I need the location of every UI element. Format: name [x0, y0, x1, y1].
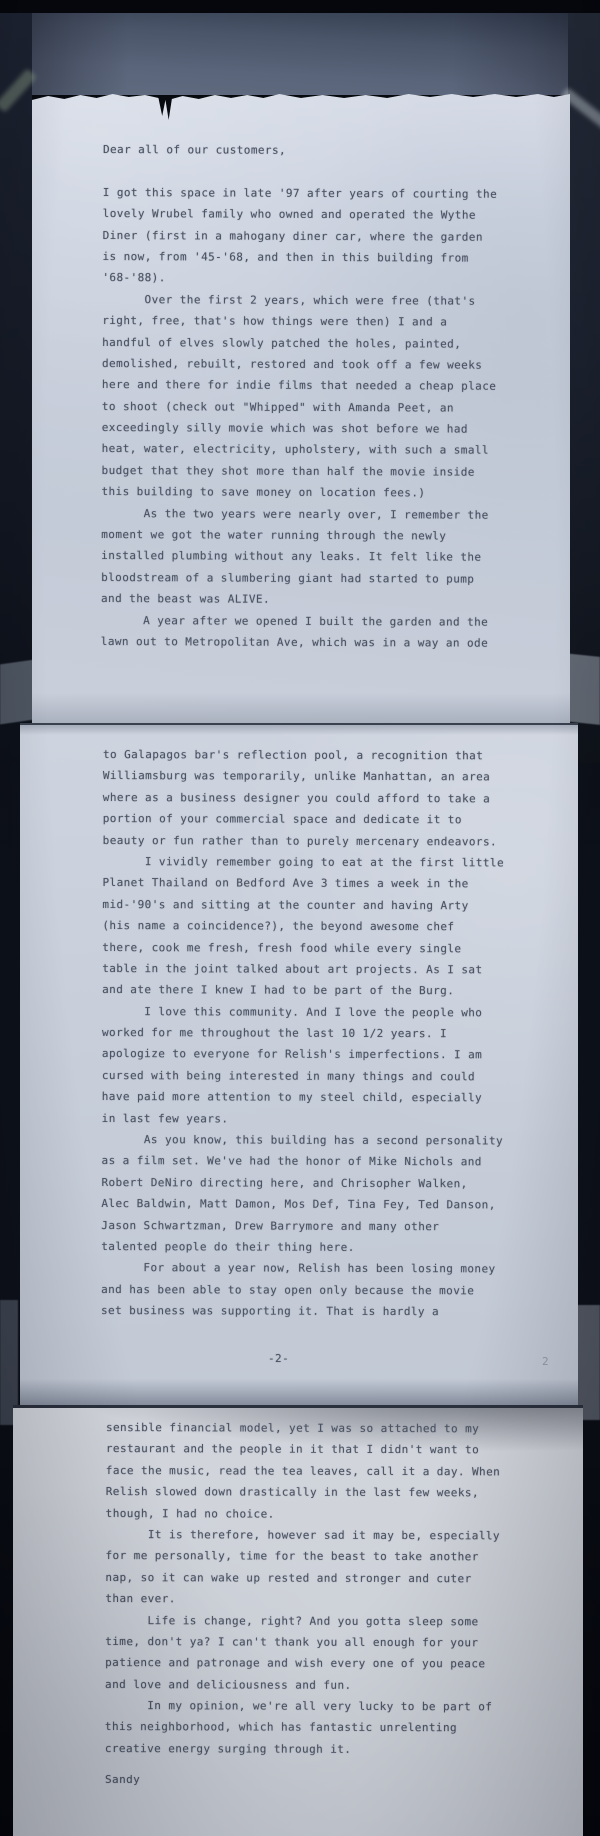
- letter-line: Diner (first in a mahogany diner car, wh…: [103, 225, 497, 248]
- letter-line: mid-'90's and sitting at the counter and…: [102, 894, 504, 917]
- letter-line: time, don't ya? I can't thank you all en…: [105, 1631, 499, 1654]
- letter-line: though, I had no choice.: [106, 1503, 500, 1526]
- letter-line: '68-'88).: [102, 267, 496, 290]
- letter-line: and ate there I knew I had to be part of…: [102, 979, 504, 1002]
- letter-line: demolished, rebuilt, restored and took o…: [102, 353, 496, 376]
- letter-line: I love this community. And I love the pe…: [102, 1001, 504, 1024]
- letter-line: set business was supporting it. That is …: [101, 1300, 503, 1323]
- letter-line: here and there for indie films that need…: [102, 374, 496, 397]
- glass-shadow-band: [31, 13, 571, 95]
- letter-line: Alec Baldwin, Matt Damon, Mos Def, Tina …: [101, 1193, 503, 1216]
- letter-line: For about a year now, Relish has been lo…: [101, 1257, 503, 1280]
- page-3-text: sensible financial model, yet I was so a…: [105, 1417, 501, 1761]
- letter-line: heat, water, electricity, upholstery, wi…: [102, 438, 496, 461]
- window-frame-right: [568, 13, 600, 763]
- letter-line: budget that they shot more than half the…: [102, 460, 496, 483]
- window-frame-left: [0, 13, 32, 763]
- letter-line: patience and patronage and wish every on…: [105, 1652, 499, 1675]
- letter-line: worked for me throughout the last 10 1/2…: [102, 1022, 504, 1045]
- letter-line: and the beast was ALIVE.: [101, 588, 495, 611]
- letter-line: have paid more attention to my steel chi…: [102, 1086, 504, 1109]
- signature: Sandy: [105, 1773, 140, 1786]
- letter-line: Williamsburg was temporarily, unlike Man…: [103, 765, 505, 788]
- letter-line: A year after we opened I built the garde…: [101, 610, 495, 633]
- page-1-text: Dear all of our customers, I got this sp…: [101, 139, 498, 654]
- letter-line: Dear all of our customers,: [103, 139, 497, 162]
- letter-line: creative energy surging through it.: [105, 1738, 499, 1761]
- letter-line: bloodstream of a slumbering giant had st…: [101, 567, 495, 590]
- letter-line: restaurant and the people in it that I d…: [106, 1438, 500, 1461]
- letter-line: to shoot (check out "Whipped" with Amand…: [102, 396, 496, 419]
- letter-line: beauty or fun rather than to purely merc…: [103, 830, 505, 853]
- letter-line: than ever.: [105, 1588, 499, 1611]
- letter-line: lawn out to Metropolitan Ave, which was …: [101, 631, 495, 654]
- letter-line: Over the first 2 years, which were free …: [102, 289, 496, 312]
- page-number: -2-: [268, 1352, 289, 1365]
- letter-line: Relish slowed down drastically in the la…: [106, 1481, 500, 1504]
- letter-line: where as a business designer you could a…: [103, 787, 505, 810]
- letter-line: moment we got the water running through …: [101, 524, 495, 547]
- letter-line: talented people do their thing here.: [101, 1236, 503, 1259]
- letter-line: As you know, this building has a second …: [102, 1129, 504, 1152]
- window-frame-top: [0, 0, 600, 14]
- letter-line: for me personally, time for the beast to…: [105, 1545, 499, 1568]
- letter-line: portion of your commercial space and ded…: [103, 808, 505, 831]
- letter-line: table in the joint talked about art proj…: [102, 958, 504, 981]
- letter-line: right, free, that's how things were then…: [102, 310, 496, 333]
- ghost-page-number: 2: [542, 1355, 549, 1368]
- letter-line: to Galapagos bar's reflection pool, a re…: [103, 744, 505, 767]
- letter-line: handful of elves slowly patched the hole…: [102, 332, 496, 355]
- letter-line: as a film set. We've had the honor of Mi…: [102, 1150, 504, 1173]
- letter-line: this neighborhood, which has fantastic u…: [105, 1716, 499, 1739]
- letter-line: apologize to everyone for Relish's imper…: [102, 1043, 504, 1066]
- storefront-window-letter-photo: Dear all of our customers, I got this sp…: [0, 0, 600, 1836]
- letter-line: I got this space in late '97 after years…: [103, 182, 497, 205]
- tape-strip: [0, 660, 34, 725]
- letter-line: As the two years were nearly over, I rem…: [101, 503, 495, 526]
- letter-line: exceedingly silly movie which was shot b…: [102, 417, 496, 440]
- letter-line: there, cook me fresh, fresh food while e…: [102, 937, 504, 960]
- letter-line: I vividly remember going to eat at the f…: [103, 851, 505, 874]
- letter-line: Jason Schwartzman, Drew Barrymore and ma…: [101, 1215, 503, 1238]
- letter-line: nap, so it can wake up rested and strong…: [105, 1567, 499, 1590]
- letter-line: (his name a coincidence?), the beyond aw…: [102, 915, 504, 938]
- letter-line: Robert DeNiro directing here, and Chriso…: [101, 1172, 503, 1195]
- letter-line: face the music, read the tea leaves, cal…: [106, 1460, 500, 1483]
- letter-line: in last few years.: [102, 1108, 504, 1131]
- letter-line: is now, from '45-'68, and then in this b…: [102, 246, 496, 269]
- letter-line: and love and deliciousness and fun.: [105, 1674, 499, 1697]
- letter-line: In my opinion, we're all very lucky to b…: [105, 1695, 499, 1718]
- letter-line: sensible financial model, yet I was so a…: [106, 1417, 500, 1440]
- letter-line: installed plumbing without any leaks. It…: [101, 545, 495, 568]
- letter-line: cursed with being interested in many thi…: [102, 1065, 504, 1088]
- letter-line: [103, 160, 497, 183]
- letter-line: Life is change, right? And you gotta sle…: [105, 1610, 499, 1633]
- letter-line: It is therefore, however sad it may be, …: [106, 1524, 500, 1547]
- letter-line: Planet Thailand on Bedford Ave 3 times a…: [102, 872, 504, 895]
- page-2-text: to Galapagos bar's reflection pool, a re…: [101, 744, 504, 1323]
- letter-page-3: sensible financial model, yet I was so a…: [13, 1405, 583, 1836]
- letter-page-1: Dear all of our customers, I got this sp…: [32, 90, 570, 723]
- letter-line: and has been able to stay open only beca…: [101, 1279, 503, 1302]
- letter-line: this building to save money on location …: [101, 481, 495, 504]
- letter-page-2: to Galapagos bar's reflection pool, a re…: [20, 723, 578, 1405]
- letter-line: lovely Wrubel family who owned and opera…: [103, 203, 497, 226]
